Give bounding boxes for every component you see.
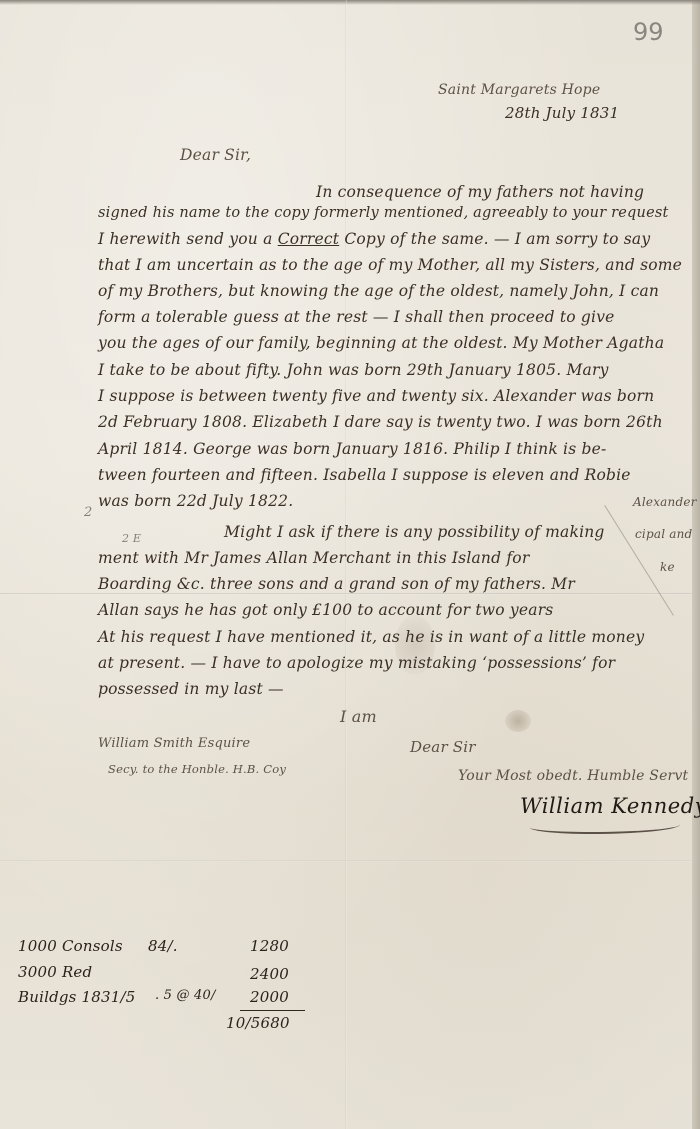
account-total: 10/5680 xyxy=(226,1014,290,1032)
body-line: April 1814. George was born January 1816… xyxy=(98,440,606,458)
underlined-word: Correct xyxy=(278,230,340,248)
account-item: 3000 Red xyxy=(18,963,92,981)
account-item: 1000 Consols xyxy=(18,937,123,955)
closing-servant: Your Most obedt. Humble Servt xyxy=(458,768,688,784)
ink-stain xyxy=(505,710,531,732)
paper-edge xyxy=(692,0,700,1129)
body-line: was born 22d July 1822. xyxy=(98,492,293,510)
body-line: that I am uncertain as to the age of my … xyxy=(98,256,682,274)
body-line: 2d February 1808. Elizabeth I dare say i… xyxy=(98,413,663,431)
account-amount: 1280 xyxy=(250,937,289,955)
addressee-name: William Smith Esquire xyxy=(98,736,250,751)
body-line: tween fourteen and fifteen. Isabella I s… xyxy=(98,466,631,484)
account-amount: 2000 xyxy=(250,988,289,1006)
addressee-title: Secy. to the Honble. H.B. Coy xyxy=(108,762,286,776)
margin-note: ke xyxy=(660,560,675,574)
body-line: I suppose is between twenty five and twe… xyxy=(98,387,654,405)
scan-shadow xyxy=(0,0,700,5)
body-line: signed his name to the copy formerly men… xyxy=(98,205,669,221)
salutation: Dear Sir, xyxy=(180,146,251,164)
account-item: Buildgs 1831/5 xyxy=(18,988,136,1006)
body-line: ment with Mr James Allan Merchant in thi… xyxy=(98,549,529,567)
signature: William Kennedy xyxy=(520,794,700,818)
account-rate: 84/. xyxy=(148,937,178,955)
body-line: In consequence of my fathers not having xyxy=(316,183,644,201)
body-line: of my Brothers, but knowing the age of t… xyxy=(98,282,659,300)
body-line: you the ages of our family, beginning at… xyxy=(98,334,664,352)
letter-date: 28th July 1831 xyxy=(505,104,619,122)
page-number: 99 xyxy=(633,18,664,46)
margin-note: Alexander xyxy=(633,495,697,509)
margin-note: 2 E xyxy=(122,532,141,545)
letter-place: Saint Margarets Hope xyxy=(438,82,600,98)
margin-note: 2 xyxy=(84,505,92,520)
closing-i-am: I am xyxy=(340,707,377,726)
body-line: form a tolerable guess at the rest — I s… xyxy=(98,308,615,326)
account-rate: . 5 @ 40/ xyxy=(155,988,216,1003)
sum-rule xyxy=(240,1010,305,1011)
body-line: Boarding &c. three sons and a grand son … xyxy=(98,575,575,593)
margin-note: cipal and xyxy=(635,527,692,541)
closing-dear-sir: Dear Sir xyxy=(410,738,476,756)
body-line: I herewith send you a Correct Copy of th… xyxy=(98,230,650,248)
body-line: I take to be about fifty. John was born … xyxy=(98,361,609,379)
body-line: Allan says he has got only £100 to accou… xyxy=(98,601,553,619)
account-amount: 2400 xyxy=(250,965,289,983)
body-line: at present. — I have to apologize my mis… xyxy=(98,654,615,672)
body-line: Might I ask if there is any possibility … xyxy=(224,523,605,541)
body-line: possessed in my last — xyxy=(98,680,284,698)
body-line: At his request I have mentioned it, as h… xyxy=(98,628,644,646)
